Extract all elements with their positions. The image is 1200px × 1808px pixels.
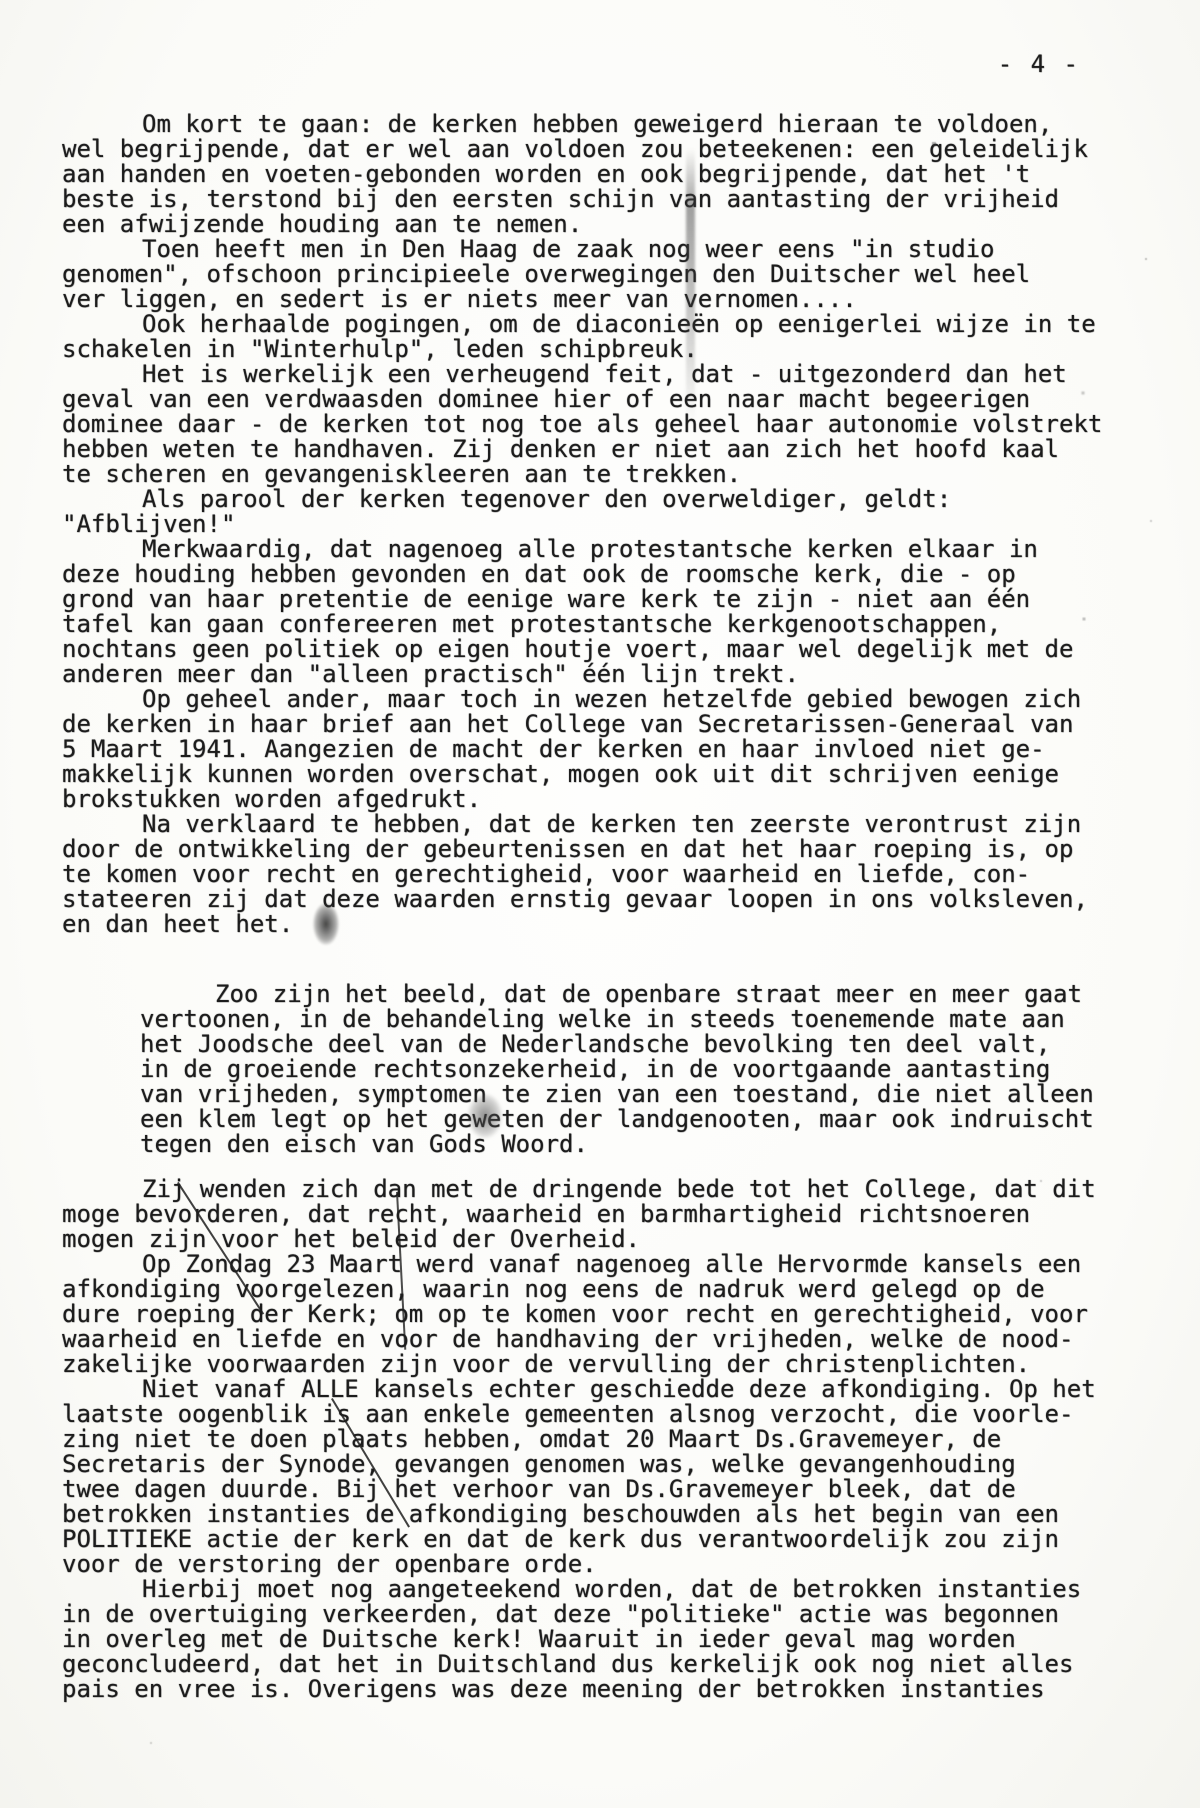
paragraph: Op Zondag 23 Maart werd vanaf nagenoeg a… [62,1252,1158,1377]
paragraph: Toen heeft men in Den Haag de zaak nog w… [62,237,1158,312]
paragraph: Zij wenden zich dan met de dringende bed… [62,1177,1158,1252]
paragraph: Hierbij moet nog aangeteekend worden, da… [62,1577,1158,1702]
paragraph: Merkwaardig, dat nagenoeg alle protestan… [62,537,1158,687]
page-number: - 4 - [998,52,1080,77]
document-text: Om kort te gaan: de kerken hebben geweig… [62,112,1158,1702]
paragraph: Om kort te gaan: de kerken hebben geweig… [62,112,1158,237]
scanned-document-page: - 4 - Om kort te gaan: de kerken hebben … [0,0,1200,1808]
paragraph: Als parool der kerken tegenover den over… [62,487,1158,537]
paragraph: Het is werkelijk een verheugend feit, da… [62,362,1158,487]
paragraph: Ook herhaalde pogingen, om de diaconieën… [62,312,1158,362]
quoted-passage: Zoo zijn het beeld, dat de openbare stra… [140,982,1158,1157]
scan-speckles-artifact [0,0,2,2]
paragraph: Op geheel ander, maar toch in wezen hetz… [62,687,1158,812]
paragraph: Na verklaard te hebben, dat de kerken te… [62,812,1158,937]
paragraph: Niet vanaf ALLE kansels echter geschiedd… [62,1377,1158,1577]
